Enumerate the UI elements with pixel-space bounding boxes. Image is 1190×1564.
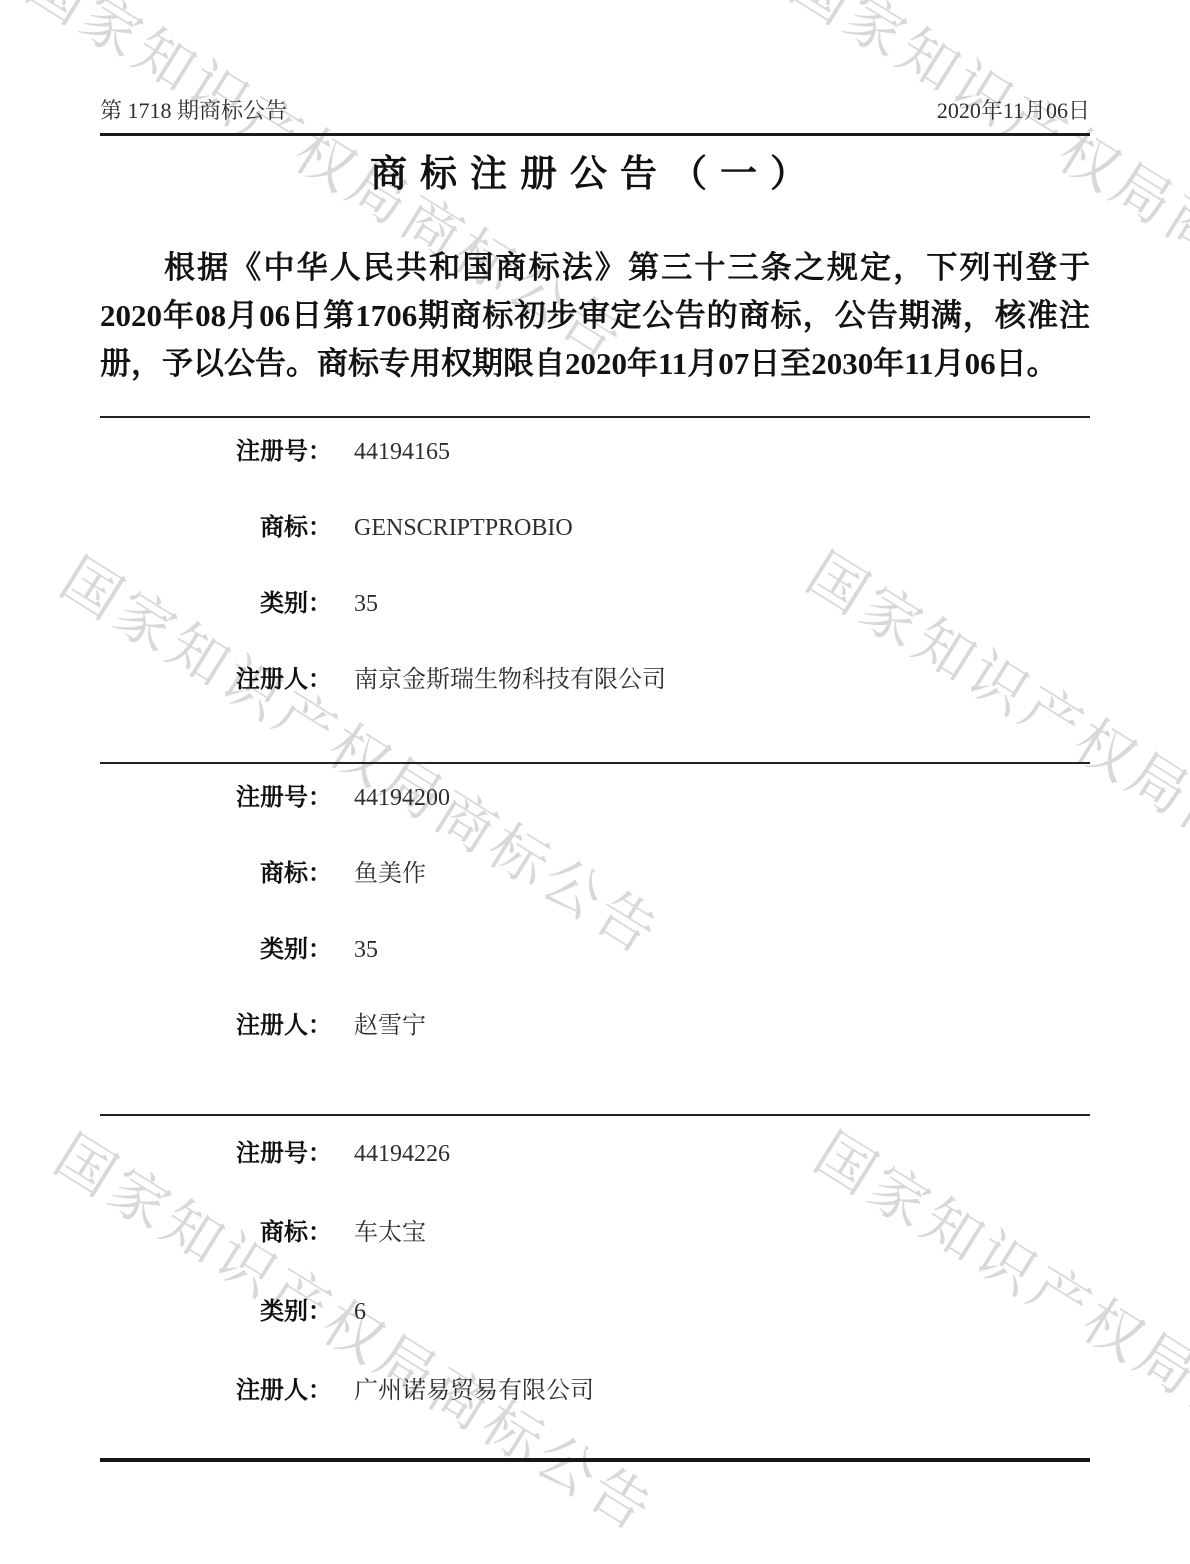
- record-section: 注册号： 44194226 商标： 车太宝 类别： 6 注册人： 广州诺易贸易有…: [100, 1116, 1090, 1458]
- field-value-trademark: 车太宝: [354, 1217, 426, 1250]
- field-label-registrant: 注册人：: [100, 664, 332, 697]
- record-field-row: 注册人： 南京金斯瑞生物科技有限公司: [100, 664, 1090, 697]
- header-issue-label: 第 1718 期商标公告: [100, 97, 287, 124]
- field-label-reg-no: 注册号：: [100, 1138, 332, 1171]
- record-field-row: 商标： GENSCRIPTPROBIO: [100, 512, 1090, 545]
- field-label-registrant: 注册人：: [100, 1375, 332, 1408]
- record-field-row: 注册人： 赵雪宁: [100, 1010, 1090, 1043]
- record-field-row: 注册号： 44194226: [100, 1138, 1090, 1171]
- field-label-registrant: 注册人：: [100, 1010, 332, 1043]
- field-value-category: 6: [354, 1296, 366, 1329]
- record-field-row: 类别： 35: [100, 934, 1090, 967]
- record-field-row: 注册号： 44194200: [100, 782, 1090, 815]
- record-field-row: 注册人： 广州诺易贸易有限公司: [100, 1375, 1090, 1408]
- field-value-category: 35: [354, 934, 378, 967]
- field-label-category: 类别：: [100, 588, 332, 621]
- field-value-trademark: 鱼美作: [354, 858, 426, 891]
- header-rule: [100, 133, 1090, 136]
- field-label-category: 类别：: [100, 1296, 332, 1329]
- record-field-row: 商标： 鱼美作: [100, 858, 1090, 891]
- record-section: 注册号： 44194200 商标： 鱼美作 类别： 35 注册人： 赵雪宁: [100, 764, 1090, 1114]
- field-value-registrant: 南京金斯瑞生物科技有限公司: [354, 664, 666, 697]
- page-title: 商标注册公告（一）: [100, 152, 1090, 198]
- gazette-page: 国家知识产权局商标公告 国家知识产权局商标公告 国家知识产权局商标公告 国家知识…: [0, 0, 1190, 1564]
- field-value-reg-no: 44194200: [354, 782, 450, 815]
- intro-paragraph: 根据《中华人民共和国商标法》第三十三条之规定，下列刊登于2020年08月06日第…: [100, 244, 1090, 388]
- field-value-trademark: GENSCRIPTPROBIO: [354, 512, 573, 545]
- field-label-reg-no: 注册号：: [100, 436, 332, 469]
- field-value-registrant: 赵雪宁: [354, 1010, 426, 1043]
- record-field-row: 类别： 6: [100, 1296, 1090, 1329]
- field-label-trademark: 商标：: [100, 512, 332, 545]
- header-date: 2020年11月06日: [937, 97, 1090, 124]
- field-label-category: 类别：: [100, 934, 332, 967]
- record-field-row: 商标： 车太宝: [100, 1217, 1090, 1250]
- field-value-reg-no: 44194165: [354, 436, 450, 469]
- record-section: 注册号： 44194165 商标： GENSCRIPTPROBIO 类别： 35…: [100, 418, 1090, 762]
- field-label-trademark: 商标：: [100, 858, 332, 891]
- record-field-row: 类别： 35: [100, 588, 1090, 621]
- field-label-trademark: 商标：: [100, 1217, 332, 1250]
- record-field-row: 注册号： 44194165: [100, 436, 1090, 469]
- page-header: 第 1718 期商标公告 2020年11月06日: [100, 0, 1090, 124]
- field-value-reg-no: 44194226: [354, 1138, 450, 1171]
- bottom-rule: [100, 1458, 1090, 1462]
- field-value-registrant: 广州诺易贸易有限公司: [354, 1375, 594, 1408]
- field-value-category: 35: [354, 588, 378, 621]
- field-label-reg-no: 注册号：: [100, 782, 332, 815]
- page-content: 第 1718 期商标公告 2020年11月06日 商标注册公告（一） 根据《中华…: [0, 0, 1190, 1564]
